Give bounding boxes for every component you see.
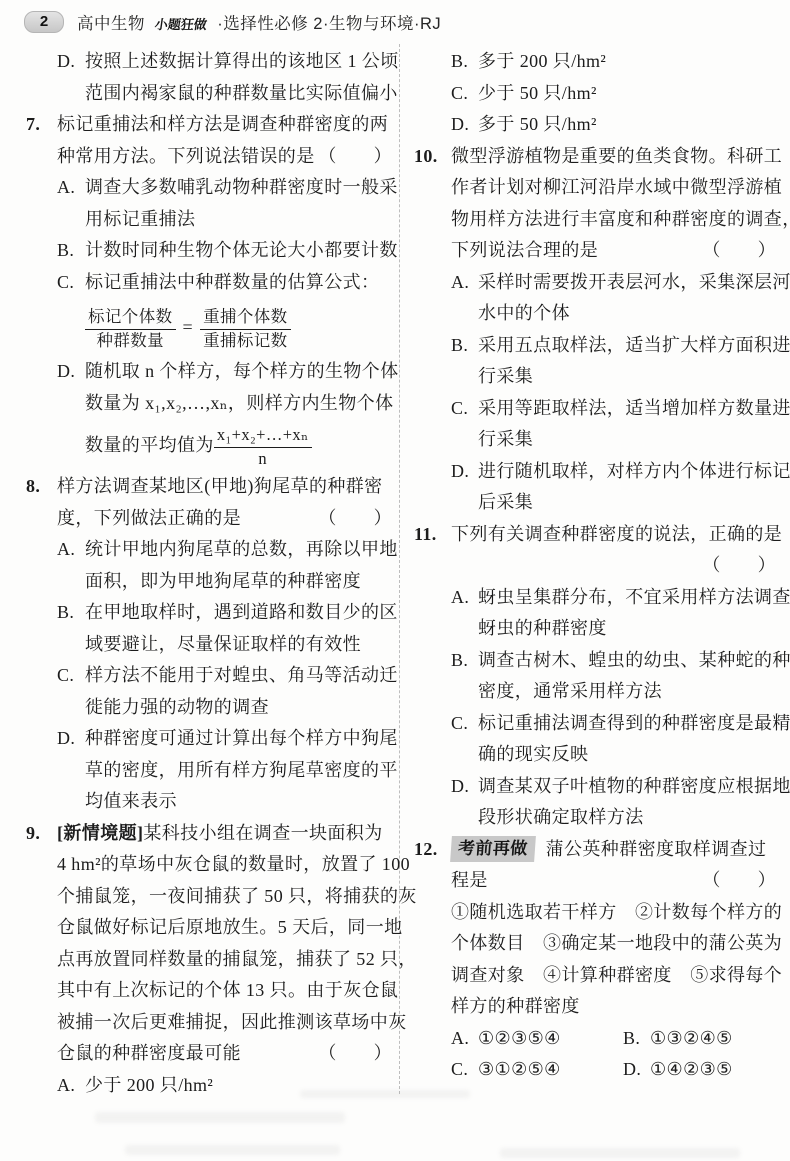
text-line: 下列说法合理的是（ ） xyxy=(414,235,776,267)
text-line: 用标记重捕法 xyxy=(26,204,392,236)
text-line: 个捕鼠笼，一夜间捕获了 50 只，将捕获的灰 xyxy=(26,881,392,913)
right-column: B.多于 200 只/hm²C.少于 50 只/hm²D.多于 50 只/hm²… xyxy=(414,46,776,1086)
line-text: 多于 50 只/hm² xyxy=(478,114,597,134)
line-text: 某科技小组在调查一块面积为 xyxy=(143,823,382,843)
title-suffix: ·选择性必修 2·生物与环境·RJ xyxy=(217,15,441,33)
line-text: 仓鼠的种群密度最可能 xyxy=(57,1043,241,1063)
exam-prep-badge: 考前再做 xyxy=(450,836,535,862)
text-line: 仓鼠做好标记后原地放生。5 天后，同一地 xyxy=(26,912,392,944)
line-text: 密度，通常采用样方法 xyxy=(478,681,662,701)
fraction: 重捕个体数重捕标记数 xyxy=(200,306,291,351)
option-letter: D. xyxy=(623,1054,650,1086)
option: A.①②③⑤④ xyxy=(451,1023,623,1055)
question-number: 10. xyxy=(414,141,451,173)
question-start-line: 11.下列有关调查种群密度的说法，正确的是 xyxy=(414,519,776,551)
fraction-numerator: x₁+x₂+…+xₙ xyxy=(214,424,312,447)
option-line: B.多于 200 只/hm² xyxy=(414,46,776,78)
question-start-line: 8.样方法调查某地区(甲地)狗尾草的种群密 xyxy=(26,471,392,503)
line-text: 草的密度，用所有样方狗尾草密度的平 xyxy=(85,760,398,780)
page-number-badge: 2 xyxy=(24,11,64,33)
option-letter: A. xyxy=(451,1023,478,1055)
line-text: 程是 xyxy=(451,870,488,890)
text-line: 仓鼠的种群密度最可能（ ） xyxy=(26,1038,392,1070)
text-line: 程是（ ） xyxy=(414,865,776,897)
formula-line: 标记个体数种群数量=重捕个体数重捕标记数 xyxy=(26,298,392,356)
question-number: 9. xyxy=(26,818,57,850)
option-line: C.标记重捕法中种群数量的估算公式： xyxy=(26,267,392,299)
formula-line: 数量的平均值为x₁+x₂+…+xₙn xyxy=(26,419,392,471)
line-text: 调查大多数哺乳动物种群密度时一般采 xyxy=(85,177,398,197)
running-title: 高中生物 小题狂做 ·选择性必修 2·生物与环境·RJ xyxy=(77,10,441,34)
option-line: A.采样时需要拨开表层河水，采集深层河 xyxy=(414,267,776,299)
line-text: 按照上述数据计算得出的该地区 1 公顷 xyxy=(85,51,399,71)
line-text: 统计甲地内狗尾草的总数，再除以甲地 xyxy=(85,539,398,559)
line-text: 范围内褐家鼠的种群数量比实际值偏小 xyxy=(85,83,398,103)
line-text: 样方法调查某地区(甲地)狗尾草的种群密 xyxy=(57,476,383,496)
text-line: 种常用方法。下列说法错误的是（ ） xyxy=(26,141,392,173)
text-line: 行采集 xyxy=(414,361,776,393)
text-line: 段形状确定取样方法 xyxy=(414,802,776,834)
line-text: 下列说法合理的是 xyxy=(451,240,598,260)
text-line: 草的密度，用所有样方狗尾草密度的平 xyxy=(26,755,392,787)
text-line: 数量为 x₁,x₂,…,xₙ，则样方内生物个体 xyxy=(26,388,392,420)
option-letter: D. xyxy=(57,46,85,78)
text-line: 后采集 xyxy=(414,487,776,519)
option-line: B.计数时同种生物个体无论大小都要计数 xyxy=(26,235,392,267)
bleedthrough-mark xyxy=(300,1090,470,1098)
fraction-numerator: 标记个体数 xyxy=(85,306,176,329)
question-number: 11. xyxy=(414,519,451,551)
option-line: D.按照上述数据计算得出的该地区 1 公顷 xyxy=(26,46,392,78)
fraction: x₁+x₂+…+xₙn xyxy=(214,424,312,469)
option-letter: B. xyxy=(451,46,478,78)
option-letter: B. xyxy=(623,1023,650,1055)
option-letter: C. xyxy=(451,393,478,425)
option-line: B.调查古树木、蝗虫的幼虫、某种蛇的种群 xyxy=(414,645,776,677)
option-pair-line: A.①②③⑤④B.①③②④⑤ xyxy=(414,1023,776,1055)
option-line: A.蚜虫呈集群分布，不宜采用样方法调查 xyxy=(414,582,776,614)
option-letter: A. xyxy=(57,534,85,566)
line-text: 段形状确定取样方法 xyxy=(478,807,644,827)
text-line: 徙能力强的动物的调查 xyxy=(26,692,392,724)
answer-brackets: （ ） xyxy=(318,1038,392,1070)
text-line: 确的现实反映 xyxy=(414,739,776,771)
text-line: 其中有上次标记的个体 13 只。由于灰仓鼠 xyxy=(26,975,392,1007)
line-text: 仓鼠做好标记后原地放生。5 天后，同一地 xyxy=(57,917,403,937)
brand-logo: 小题狂做 xyxy=(154,14,209,33)
line-text: 域要避让，尽量保证取样的有效性 xyxy=(85,634,361,654)
line-text: 采用五点取样法，适当扩大样方面积进 xyxy=(478,335,790,355)
fraction-numerator: 重捕个体数 xyxy=(200,306,291,329)
question-number: 8. xyxy=(26,471,57,503)
line-text: 面积，即为甲地狗尾草的种群密度 xyxy=(85,571,361,591)
option-line: A.调查大多数哺乳动物种群密度时一般采 xyxy=(26,172,392,204)
text-line: 水中的个体 xyxy=(414,298,776,330)
line-text: 徙能力强的动物的调查 xyxy=(85,697,269,717)
line-text: 标记重捕法调查得到的种群密度是最精 xyxy=(478,713,790,733)
line-text: 样方法不能用于对蝗虫、角马等活动迁 xyxy=(85,665,398,685)
line-text: 下列有关调查种群密度的说法，正确的是 xyxy=(451,524,782,544)
question-start-line: 9.[新情境题]某科技小组在调查一块面积为 xyxy=(26,818,392,850)
text-line: 调查对象 ④计算种群密度 ⑤求得每个 xyxy=(414,960,776,992)
line-text: 采样时需要拨开表层河水，采集深层河 xyxy=(478,272,790,292)
line-text: 后采集 xyxy=(478,492,533,512)
line-text: 个体数目 ③确定某一地段中的蒲公英为 xyxy=(451,933,782,953)
text-line: （ ） xyxy=(414,550,776,582)
line-text: 物用样方法进行丰富度和种群密度的调查， xyxy=(451,209,790,229)
line-text: 样方的种群密度 xyxy=(451,996,580,1016)
text-line: 个体数目 ③确定某一地段中的蒲公英为 xyxy=(414,928,776,960)
text-line: 4 hm²的草场中灰仓鼠的数量时，放置了 100 xyxy=(26,849,392,881)
option-line: D.多于 50 只/hm² xyxy=(414,109,776,141)
line-text: 作者计划对柳江河沿岸水域中微型浮游植 xyxy=(451,177,782,197)
option-letter: D. xyxy=(451,771,478,803)
option-letter: B. xyxy=(451,645,478,677)
option-line: C.少于 50 只/hm² xyxy=(414,78,776,110)
line-text: 确的现实反映 xyxy=(478,744,588,764)
option-line: D.进行随机取样，对样方内个体进行标记 xyxy=(414,456,776,488)
line-text: 4 hm²的草场中灰仓鼠的数量时，放置了 100 xyxy=(57,854,410,874)
text-line: 作者计划对柳江河沿岸水域中微型浮游植 xyxy=(414,172,776,204)
line-text: 其中有上次标记的个体 13 只。由于灰仓鼠 xyxy=(57,980,398,1000)
line-text: 少于 50 只/hm² xyxy=(478,83,597,103)
line-text: 蚜虫呈集群分布，不宜采用样方法调查 xyxy=(478,587,790,607)
line-text: 蚜虫的种群密度 xyxy=(478,618,607,638)
formula-prefix: 数量的平均值为 xyxy=(85,435,214,455)
fraction-denominator: n xyxy=(214,448,312,469)
line-text: 标记重捕法中种群数量的估算公式： xyxy=(85,272,379,292)
left-column: D.按照上述数据计算得出的该地区 1 公顷范围内褐家鼠的种群数量比实际值偏小7.… xyxy=(26,46,392,1101)
page-header: 2 高中生物 小题狂做 ·选择性必修 2·生物与环境·RJ xyxy=(24,10,766,34)
line-text: 调查古树木、蝗虫的幼虫、某种蛇的种群 xyxy=(478,650,790,670)
text-line: 密度，通常采用样方法 xyxy=(414,676,776,708)
workbook-page: 2 高中生物 小题狂做 ·选择性必修 2·生物与环境·RJ D.按照上述数据计算… xyxy=(0,0,790,1161)
line-text: 调查某双子叶植物的种群密度应根据地 xyxy=(478,776,790,796)
question-start-line: 7.标记重捕法和样方法是调查种群密度的两 xyxy=(26,109,392,141)
option-line: B.在甲地取样时，遇到道路和数目少的区 xyxy=(26,597,392,629)
text-line: 点再放置同样数量的捕鼠笼，捕获了 52 只， xyxy=(26,944,392,976)
title-prefix: 高中生物 xyxy=(77,15,145,33)
line-text: ①随机选取若干样方 ②计数每个样方的 xyxy=(451,902,782,922)
bleedthrough-mark xyxy=(125,1145,340,1155)
line-text: 行采集 xyxy=(478,366,533,386)
line-text: 在甲地取样时，遇到道路和数目少的区 xyxy=(85,602,398,622)
text-line: 被捕一次后更难捕捉，因此推测该草场中灰 xyxy=(26,1007,392,1039)
text-line: 蚜虫的种群密度 xyxy=(414,613,776,645)
line-text: 水中的个体 xyxy=(478,303,570,323)
question-number: 7. xyxy=(26,109,57,141)
option-line: D.随机取 n 个样方，每个样方的生物个体 xyxy=(26,356,392,388)
option-text: ①③②④⑤ xyxy=(650,1028,733,1048)
option-line: B.采用五点取样法，适当扩大样方面积进 xyxy=(414,330,776,362)
question-start-line: 12.考前再做蒲公英种群密度取样调查过 xyxy=(414,834,776,866)
option-letter: D. xyxy=(451,456,478,488)
option-letter: D. xyxy=(57,723,85,755)
line-text: 微型浮游植物是重要的鱼类食物。科研工 xyxy=(451,146,782,166)
line-text: 数量为 x₁,x₂,…,xₙ，则样方内生物个体 xyxy=(85,393,394,413)
answer-brackets: （ ） xyxy=(702,550,776,582)
question-start-line: 10.微型浮游植物是重要的鱼类食物。科研工 xyxy=(414,141,776,173)
option-line: D.种群密度可通过计算出每个样方中狗尾 xyxy=(26,723,392,755)
line-text: 均值来表示 xyxy=(85,791,177,811)
option-text: ③①②⑤④ xyxy=(478,1059,561,1079)
line-text: 调查对象 ④计算种群密度 ⑤求得每个 xyxy=(451,965,782,985)
line-text: 计数时同种生物个体无论大小都要计数 xyxy=(85,240,398,260)
question-number: 12. xyxy=(414,834,451,866)
line-text: 多于 200 只/hm² xyxy=(478,51,606,71)
answer-brackets: （ ） xyxy=(702,235,776,267)
line-text: 点再放置同样数量的捕鼠笼，捕获了 52 只， xyxy=(57,949,417,969)
option-letter: A. xyxy=(57,172,85,204)
line-text: 蒲公英种群密度取样调查过 xyxy=(546,839,767,859)
option-text: ①②③⑤④ xyxy=(478,1028,561,1048)
text-line: 样方的种群密度 xyxy=(414,991,776,1023)
option-letter: D. xyxy=(57,356,85,388)
option-text: ①④②③⑤ xyxy=(650,1059,733,1079)
bleedthrough-mark xyxy=(500,1148,740,1158)
answer-brackets: （ ） xyxy=(318,503,392,535)
option-line: C.标记重捕法调查得到的种群密度是最精 xyxy=(414,708,776,740)
line-text: 度，下列做法正确的是 xyxy=(57,508,241,528)
option-letter: C. xyxy=(57,660,85,692)
option-letter: C. xyxy=(57,267,85,299)
option-line: C.采用等距取样法，适当增加样方数量进 xyxy=(414,393,776,425)
option-letter: B. xyxy=(57,597,85,629)
line-text: 行采集 xyxy=(478,429,533,449)
text-line: 物用样方法进行丰富度和种群密度的调查， xyxy=(414,204,776,236)
option: C.③①②⑤④ xyxy=(451,1054,623,1086)
line-text: 个捕鼠笼，一夜间捕获了 50 只，将捕获的灰 xyxy=(57,886,417,906)
option-line: D.调查某双子叶植物的种群密度应根据地 xyxy=(414,771,776,803)
fraction-denominator: 种群数量 xyxy=(85,330,176,351)
line-text: 种群密度可通过计算出每个样方中狗尾 xyxy=(85,728,398,748)
option-letter: C. xyxy=(451,78,478,110)
line-text: 随机取 n 个样方，每个样方的生物个体 xyxy=(85,361,399,381)
option-letter: C. xyxy=(451,708,478,740)
text-line: 行采集 xyxy=(414,424,776,456)
line-text: 进行随机取样，对样方内个体进行标记 xyxy=(478,461,790,481)
text-line: 均值来表示 xyxy=(26,786,392,818)
option-letter: A. xyxy=(451,582,478,614)
line-text: 标记重捕法和样方法是调查种群密度的两 xyxy=(57,114,388,134)
text-line: 度，下列做法正确的是（ ） xyxy=(26,503,392,535)
fraction-denominator: 重捕标记数 xyxy=(200,330,291,351)
option-line: A.统计甲地内狗尾草的总数，再除以甲地 xyxy=(26,534,392,566)
option-letter: B. xyxy=(57,235,85,267)
equals-sign: = xyxy=(183,317,194,337)
line-text: 少于 200 只/hm² xyxy=(85,1075,213,1095)
answer-brackets: （ ） xyxy=(702,865,776,897)
text-line: 域要避让，尽量保证取样的有效性 xyxy=(26,629,392,661)
bleedthrough-mark xyxy=(95,1112,345,1123)
text-line: 面积，即为甲地狗尾草的种群密度 xyxy=(26,566,392,598)
fraction: 标记个体数种群数量 xyxy=(85,306,176,351)
text-line: 范围内褐家鼠的种群数量比实际值偏小 xyxy=(26,78,392,110)
option-line: C.样方法不能用于对蝗虫、角马等活动迁 xyxy=(26,660,392,692)
line-text: 用标记重捕法 xyxy=(85,209,195,229)
line-text: 种常用方法。下列说法错误的是 xyxy=(57,146,315,166)
option-letter: D. xyxy=(451,109,478,141)
answer-brackets: （ ） xyxy=(318,141,392,173)
option-pair-line: C.③①②⑤④D.①④②③⑤ xyxy=(414,1054,776,1086)
line-text: 采用等距取样法，适当增加样方数量进 xyxy=(478,398,790,418)
line-text: 被捕一次后更难捕捉，因此推测该草场中灰 xyxy=(57,1012,407,1032)
option-letter: A. xyxy=(57,1070,85,1102)
option-letter: C. xyxy=(451,1054,478,1086)
option-letter: B. xyxy=(451,330,478,362)
option-letter: A. xyxy=(451,267,478,299)
scenario-tag: [新情境题] xyxy=(57,823,143,843)
text-line: ①随机选取若干样方 ②计数每个样方的 xyxy=(414,897,776,929)
